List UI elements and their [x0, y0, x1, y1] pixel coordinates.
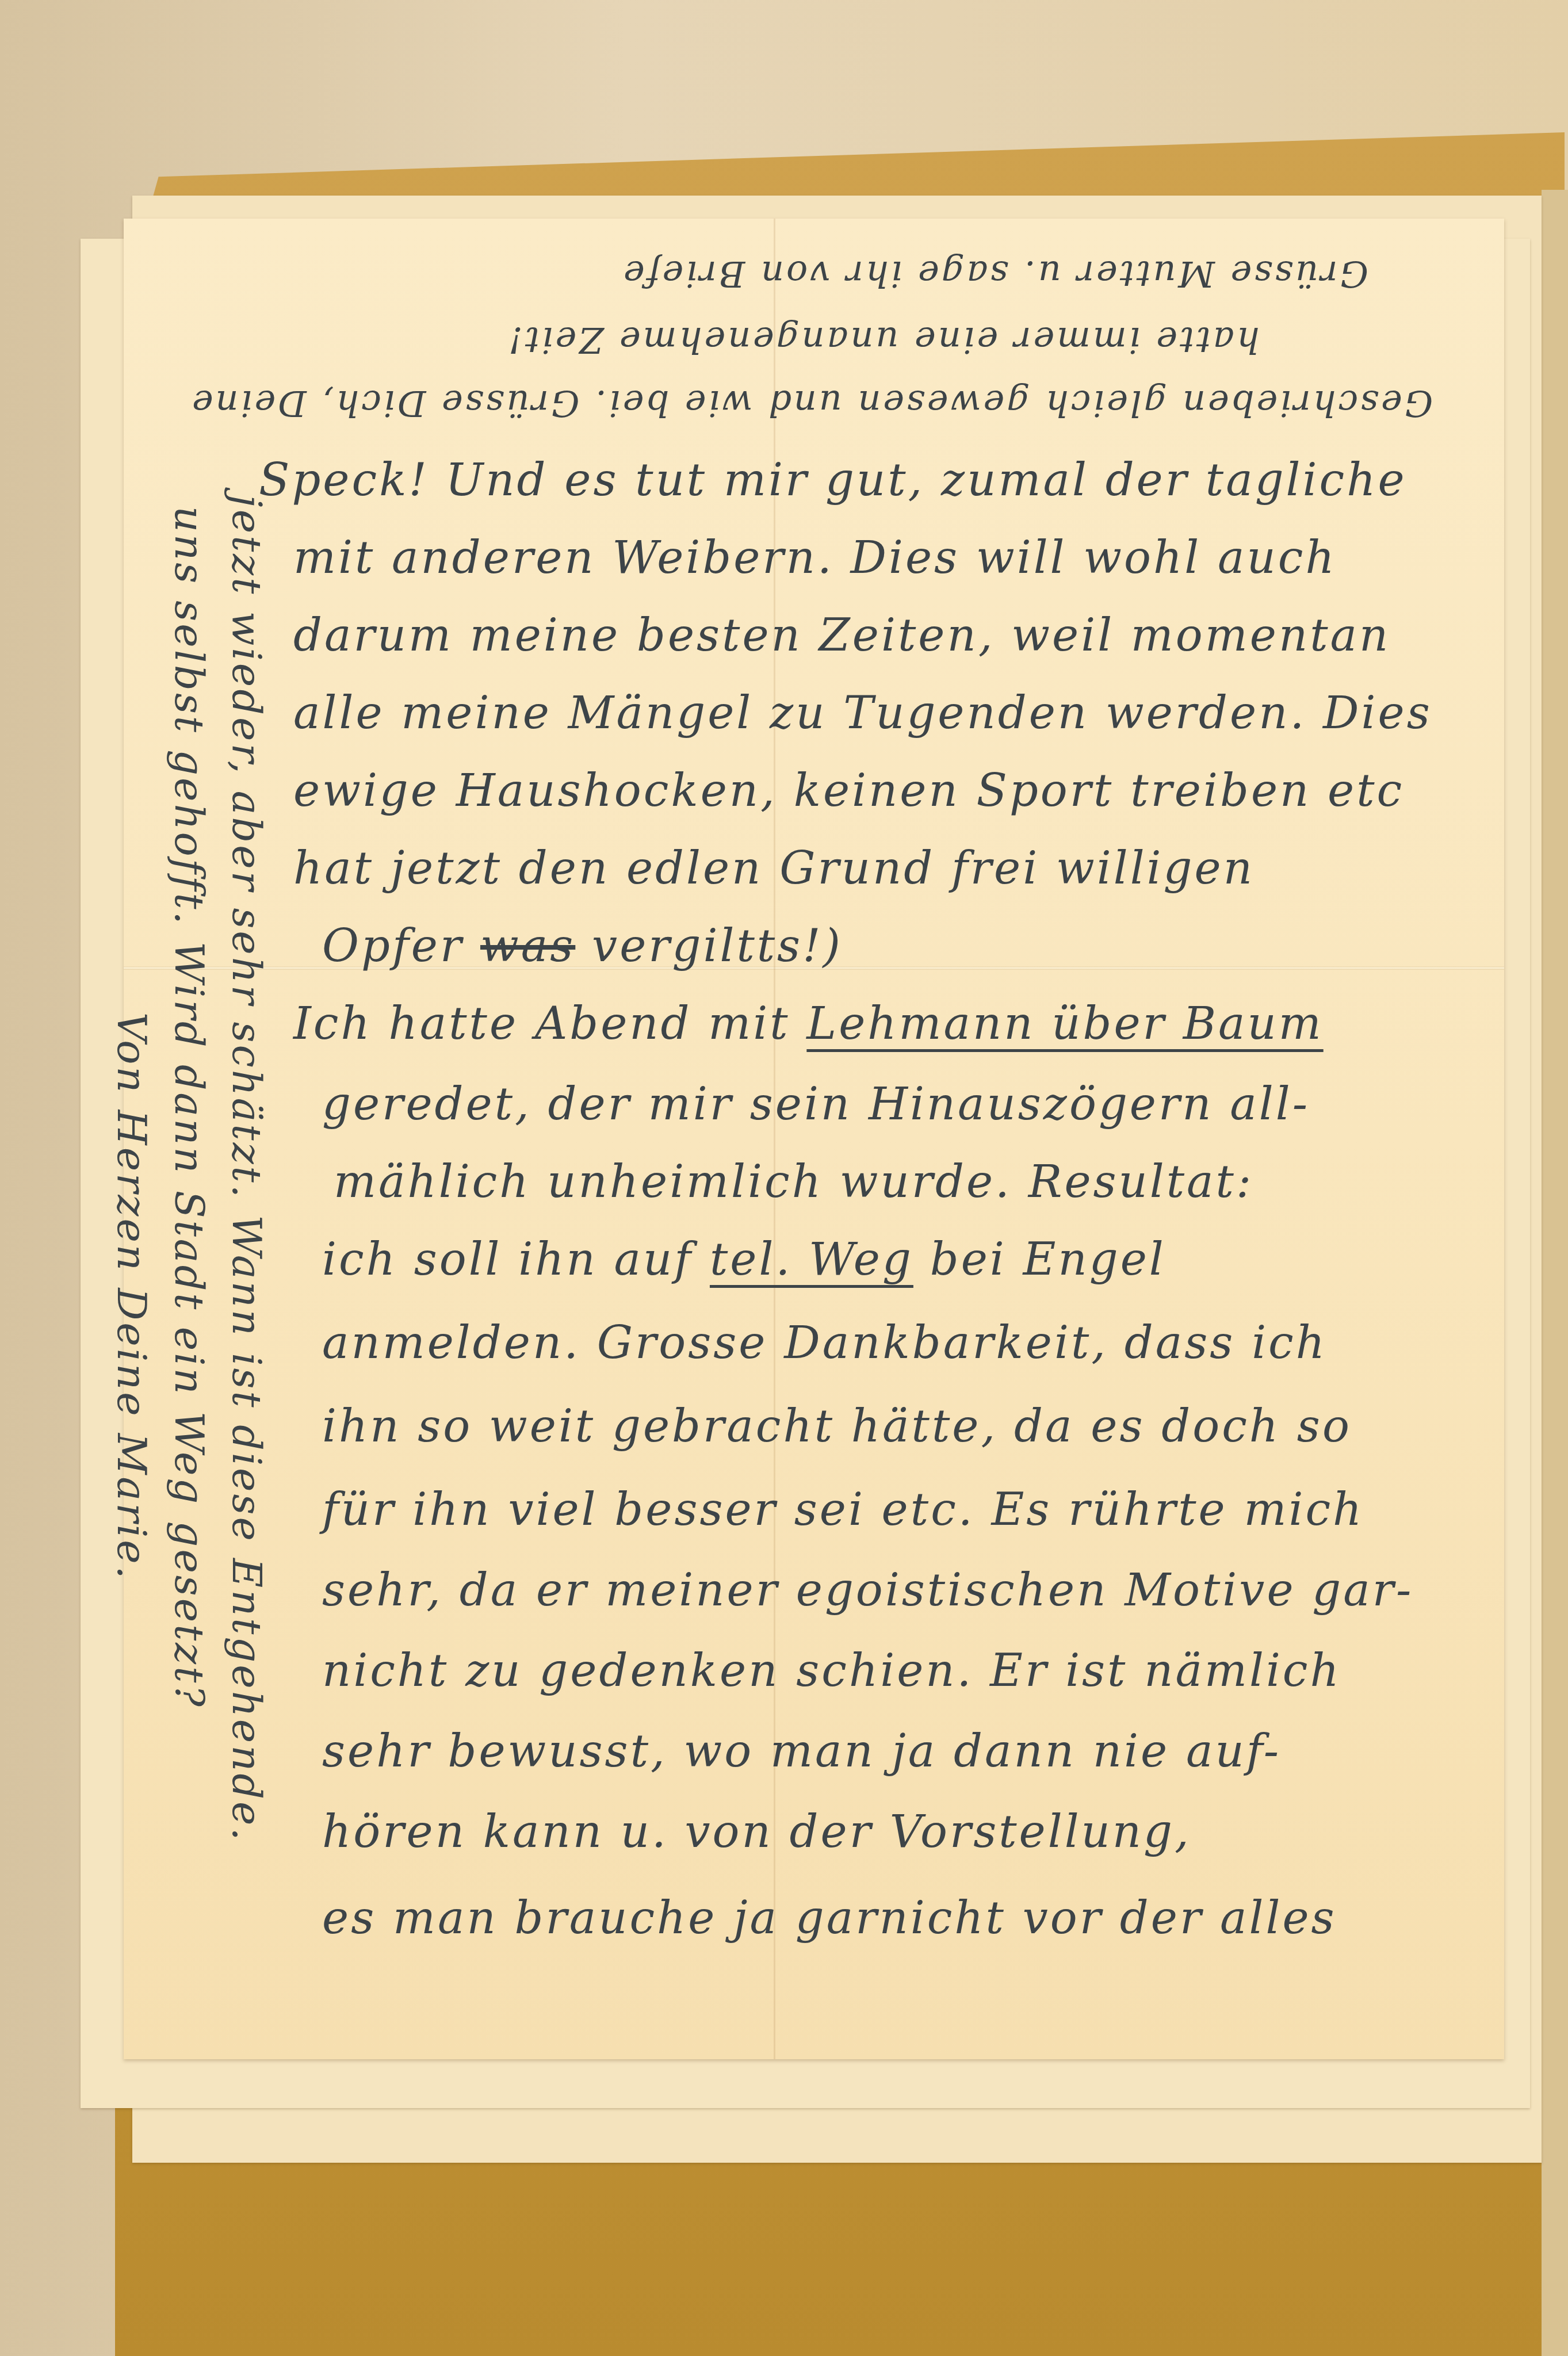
- body-line: geredet, der mir sein Hinauszögern all-: [322, 1078, 1310, 1130]
- margin-line: uns selbst gehofft. Wird dann Stadt ein …: [166, 506, 213, 1709]
- body-line: es man brauche ja garnicht vor der alles: [322, 1892, 1337, 1944]
- body-line: Speck! Und es tut mir gut, zumal der tag…: [259, 454, 1407, 506]
- folder-edge: [1542, 190, 1568, 2356]
- line-text: bei Engel: [913, 1234, 1166, 1286]
- underlined-phrase: tel. Weg: [710, 1234, 913, 1286]
- underlined-phrase: Lehmann über Baum: [806, 998, 1323, 1050]
- margin-line: jetzt wieder, aber sehr schätzt. Wann is…: [223, 495, 270, 1843]
- body-line: anmelden. Grosse Dankbarkeit, dass ich: [322, 1317, 1327, 1369]
- inverted-line: Grüsse Mutter u. sage ihr von Briefe: [621, 253, 1368, 295]
- body-line: hat jetzt den edlen Grund frei willigen: [293, 843, 1255, 894]
- body-line: ich soll ihn auf tel. Weg bei Engel: [322, 1234, 1166, 1286]
- line-text: Opfer: [322, 920, 480, 972]
- body-line: Opfer was vergiltts!): [322, 920, 843, 972]
- body-line: nicht zu gedenken schien. Er ist nämlich: [322, 1645, 1341, 1697]
- body-line: mit anderen Weibern. Dies will wohl auch: [293, 532, 1337, 584]
- body-line: darum meine besten Zeiten, weil momentan: [293, 610, 1390, 661]
- body-line: ihn so weit gebracht hätte, da es doch s…: [322, 1401, 1352, 1452]
- inverted-line: hatte immer eine unangenehme Zeit!: [506, 319, 1260, 361]
- body-line: mählich unheimlich wurde. Resultat:: [334, 1156, 1253, 1208]
- body-line: für ihn viel besser sei etc. Es rührte m…: [322, 1484, 1364, 1536]
- body-line: sehr bewusst, wo man ja dann nie auf-: [322, 1726, 1281, 1777]
- body-line: alle meine Mängel zu Tugenden werden. Di…: [293, 687, 1432, 739]
- struck-word: was: [480, 920, 575, 972]
- line-text: ich soll ihn auf: [322, 1234, 710, 1286]
- body-line: Ich hatte Abend mit Lehmann über Baum: [293, 998, 1324, 1050]
- body-line: ewige Haushocken, keinen Sport treiben e…: [293, 765, 1404, 817]
- line-text: vergiltts!): [575, 920, 843, 972]
- inverted-line: Geschrieben gleich gewesen und wie bei. …: [190, 383, 1433, 424]
- margin-signature: Von Herzen Deine Marie.: [108, 1012, 155, 1581]
- line-text: Ich hatte Abend mit: [293, 998, 806, 1050]
- body-line: hören kann u. von der Vorstellung,: [322, 1806, 1191, 1858]
- body-line: sehr, da er meiner egoistischen Motive g…: [322, 1565, 1413, 1616]
